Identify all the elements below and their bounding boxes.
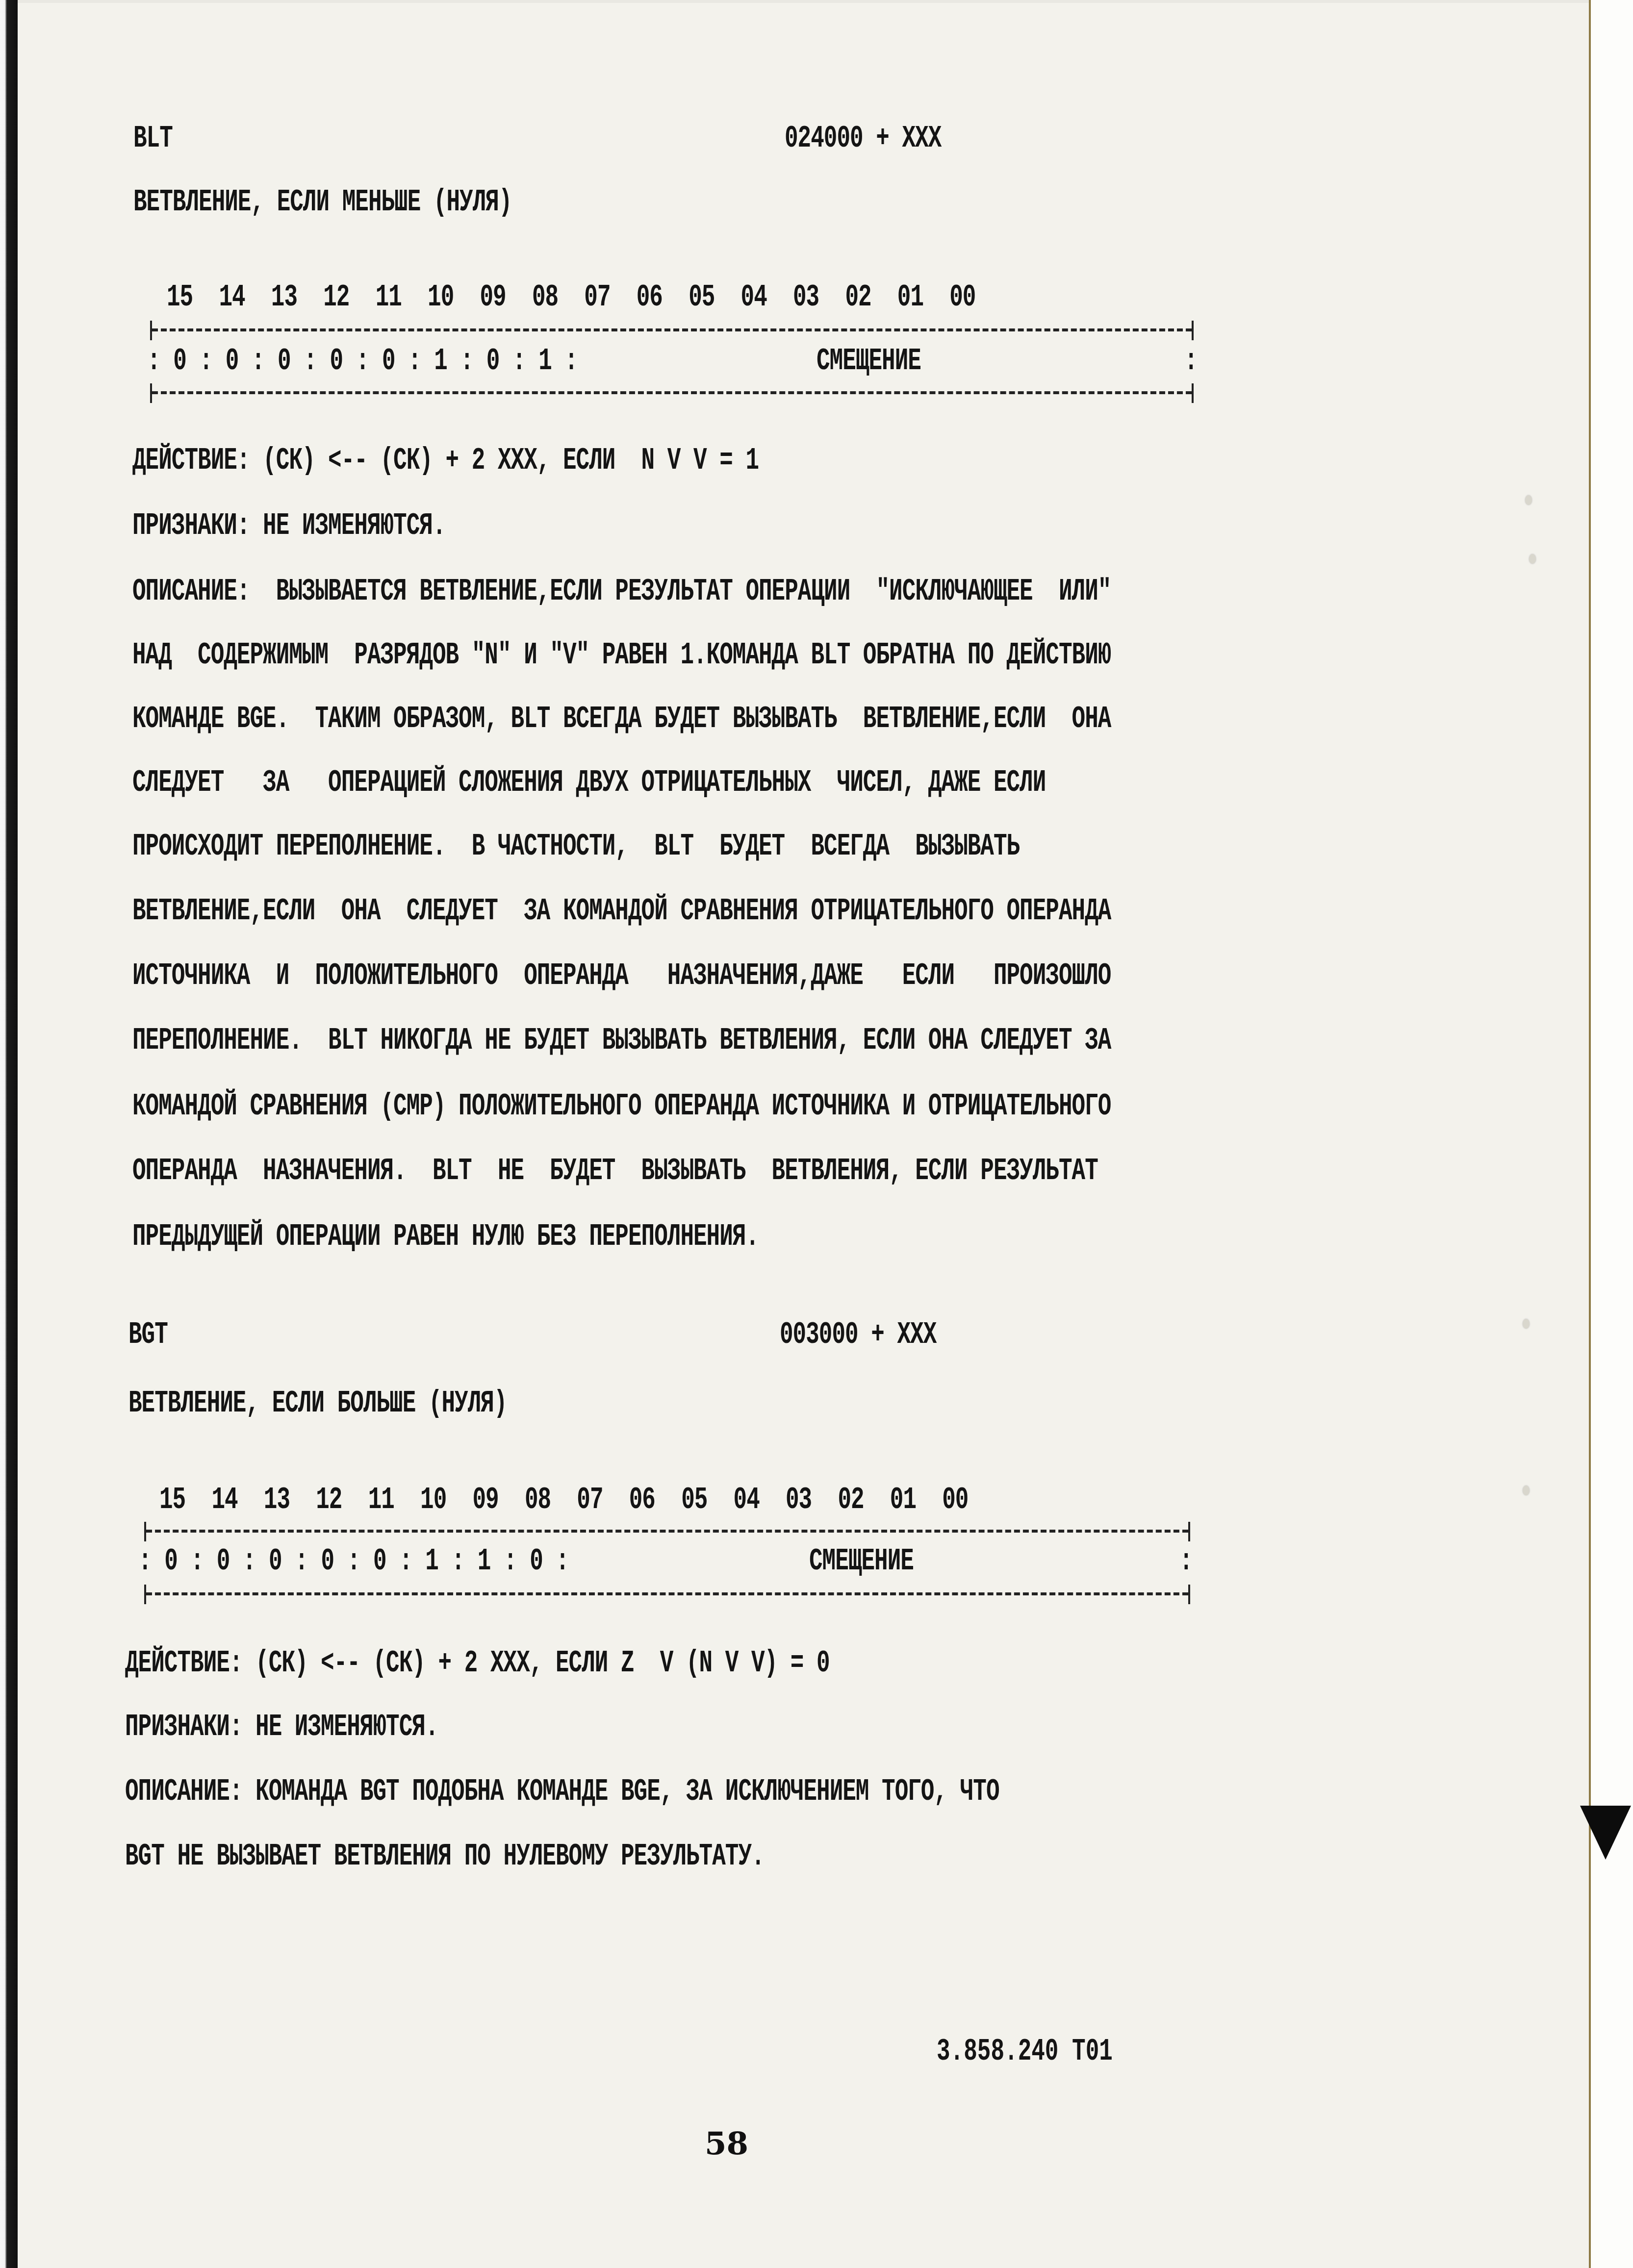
description-line: ИСТОЧНИКА И ПОЛОЖИТЕЛЬНОГО ОПЕРАНДА НАЗН…	[132, 959, 1111, 993]
document-code: 3.858.240 T01	[937, 2035, 1113, 2069]
punch-hole-icon	[1523, 1319, 1530, 1329]
description-line: ПРОИСХОДИТ ПЕРЕПОЛНЕНИЕ. В ЧАСТНОСТИ, BL…	[132, 830, 1020, 864]
description-line: НАД СОДЕРЖИМЫМ РАЗРЯДОВ "N" И "V" РАВЕН …	[132, 638, 1111, 673]
page-number: 58	[705, 2125, 748, 2162]
ruler-bottom	[152, 391, 1192, 396]
description-line: ОПИСАНИЕ: КОМАНДА BGT ПОДОБНА КОМАНДЕ BG…	[125, 1775, 999, 1809]
offset-label: СМЕЩЕНИЕ	[809, 1544, 914, 1579]
punch-hole-icon	[1525, 495, 1532, 505]
punch-hole-icon	[1529, 554, 1536, 564]
description-line: СЛЕДУЕТ ЗА ОПЕРАЦИЕЙ СЛОЖЕНИЯ ДВУХ ОТРИЦ…	[132, 766, 1046, 800]
bit-row: : 0 : 0 : 0 : 0 : 0 : 1 : 0 : 1 :	[147, 344, 578, 378]
description-line: КОМАНДОЙ СРАВНЕНИЯ (СМР) ПОЛОЖИТЕЛЬНОГО …	[132, 1089, 1111, 1124]
ruler-top	[146, 1530, 1188, 1535]
bit-row: : 0 : 0 : 0 : 0 : 0 : 1 : 1 : 0 :	[138, 1544, 569, 1579]
offset-label: СМЕЩЕНИЕ	[816, 344, 921, 378]
scan-left-edge	[0, 0, 18, 2268]
description-line: ОПИСАНИЕ: ВЫЗЫВАЕТСЯ ВЕТВЛЕНИЕ,ЕСЛИ РЕЗУ…	[132, 575, 1111, 609]
document-page	[18, 0, 1591, 2268]
action: ДЕЙСТВИЕ: (СК) <-- (СК) + 2 XXX, ЕСЛИ Z …	[125, 1646, 830, 1681]
ruler-bottom	[146, 1592, 1188, 1597]
opcode: 003000 + XXX	[780, 1318, 936, 1352]
punch-hole-icon	[1523, 1486, 1530, 1495]
description-line: ПРЕДЫДУЩЕЙ ОПЕРАЦИИ РАВЕН НУЛЮ БЕЗ ПЕРЕП…	[132, 1220, 759, 1254]
bit-numbers: 15 14 13 12 11 10 09 08 07 06 05 04 03 0…	[159, 1483, 968, 1517]
description-line: ВЕТВЛЕНИЕ,ЕСЛИ ОНА СЛЕДУЕТ ЗА КОМАНДОЙ С…	[132, 894, 1111, 929]
description-line: ПЕРЕПОЛНЕНИЕ. BLT НИКОГДА НЕ БУДЕТ ВЫЗЫВ…	[132, 1024, 1111, 1058]
opcode: 024000 + XXX	[785, 122, 941, 156]
triangle-marker-icon	[1580, 1806, 1631, 1860]
flags: ПРИЗНАКИ: НЕ ИЗМЕНЯЮТСЯ.	[125, 1710, 438, 1744]
ruler-top	[152, 328, 1192, 333]
bit-numbers: 15 14 13 12 11 10 09 08 07 06 05 04 03 0…	[167, 280, 975, 315]
action: ДЕЙСТВИЕ: (СК) <-- (СК) + 2 XXX, ЕСЛИ N …	[132, 444, 759, 478]
mnemonic: BGT	[128, 1318, 168, 1352]
description-line: BGT НЕ ВЫЗЫВАЕТ ВЕТВЛЕНИЯ ПО НУЛЕВОМУ РЕ…	[125, 1840, 765, 1874]
flags: ПРИЗНАКИ: НЕ ИЗМЕНЯЮТСЯ.	[132, 509, 446, 543]
instruction-title: ВЕТВЛЕНИЕ, ЕСЛИ БОЛЬШЕ (НУЛЯ)	[128, 1386, 507, 1421]
scan-right-margin	[1591, 0, 1633, 2268]
field-end: :	[1179, 1544, 1193, 1579]
description-line: ОПЕРАНДА НАЗНАЧЕНИЯ. BLT НЕ БУДЕТ ВЫЗЫВА…	[132, 1154, 1098, 1188]
mnemonic: BLT	[133, 122, 173, 156]
instruction-title: ВЕТВЛЕНИЕ, ЕСЛИ МЕНЬШЕ (НУЛЯ)	[133, 185, 512, 220]
description-line: КОМАНДЕ BGE. ТАКИМ ОБРАЗОМ, BLT ВСЕГДА Б…	[132, 702, 1111, 736]
field-end: :	[1184, 344, 1198, 378]
